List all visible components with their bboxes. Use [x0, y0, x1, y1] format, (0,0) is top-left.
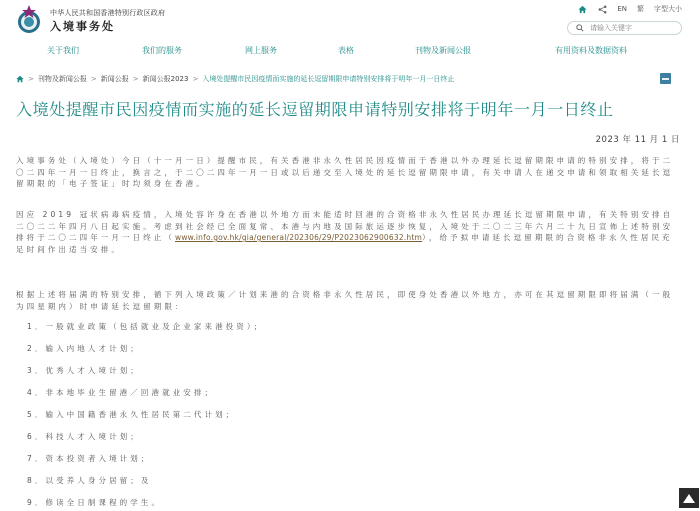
article-paragraph-2: 因应 2019 冠状病毒病疫情，入境处容许身在香港以外地方而未能适时回港的合资格…: [16, 209, 676, 255]
press-release-link[interactable]: www.info.gov.hk/gia/general/202306/29/P2…: [175, 233, 422, 242]
language-traditional-link[interactable]: 繁: [637, 4, 644, 14]
nav-item-publications-press[interactable]: 刊物及新闻公报: [415, 45, 471, 56]
list-item: 8．以受养人身分居留；及: [27, 475, 264, 497]
breadcrumb-separator: >: [91, 75, 97, 83]
publish-date: 2023 年 11 月 1 日: [596, 133, 680, 145]
breadcrumb-current: 入境处提醒市民因疫情而实施的延长逗留期限申请特别安排将于明年一月一日终止: [202, 74, 454, 84]
breadcrumb-separator: >: [28, 75, 34, 83]
nav-item-forms[interactable]: 表格: [338, 45, 354, 56]
main-nav: 关于我们 我们的服务 网上服务 表格 刊物及新闻公报 有用资料及数据资料: [0, 42, 700, 62]
list-item: 9．修读全日制课程的学生。: [27, 497, 264, 511]
breadcrumb-publications-press[interactable]: 刊物及新闻公报: [38, 74, 87, 84]
breadcrumb-separator: >: [192, 75, 198, 83]
breadcrumb-press-releases-2023[interactable]: 新闻公报2023: [143, 74, 189, 84]
nav-item-online-services[interactable]: 网上服务: [245, 45, 277, 56]
list-item: 2．输入内地人才计划；: [27, 343, 264, 365]
search-input[interactable]: [590, 24, 680, 32]
immigration-department-logo-icon[interactable]: [16, 4, 42, 34]
language-en-link[interactable]: EN: [617, 5, 627, 13]
page-title: 入境处提醒市民因疫情而实施的延长逗留期限申请特别安排将于明年一月一日终止: [16, 97, 614, 120]
nav-item-about-us[interactable]: 关于我们: [47, 45, 79, 56]
article-paragraph-1: 入境事务处（入境处）今日（十一月一日）提醒市民，有关香港非永久性居民因疫情而于香…: [16, 155, 676, 190]
list-item: 4．非本地毕业生留港／回港就业安排；: [27, 387, 264, 409]
search-box: [567, 21, 682, 35]
font-size-link[interactable]: 字型大小: [654, 4, 682, 14]
list-item: 3．优秀人才入境计划；: [27, 365, 264, 387]
nav-item-our-services[interactable]: 我们的服务: [142, 45, 182, 56]
home-icon[interactable]: [16, 75, 24, 83]
breadcrumb-press-releases[interactable]: 新闻公报: [101, 74, 129, 84]
site-header: 中华人民共和国香港特别行政区政府 入境事务处 EN 繁 字型大小: [0, 0, 700, 40]
share-icon[interactable]: [597, 4, 607, 14]
breadcrumb: > 刊物及新闻公报 > 新闻公报 > 新闻公报2023 > 入境处提醒市民因疫情…: [16, 74, 454, 84]
top-toolbar: EN 繁 字型大小: [577, 4, 682, 14]
back-to-top-button[interactable]: [679, 488, 699, 508]
list-item: 1．一般就业政策（包括就业及企业家来港投资）；: [27, 321, 264, 343]
article-paragraph-3: 根据上述将届满的特别安排，循下列入境政策／计划来港的合资格非永久性居民，即使身处…: [16, 289, 676, 312]
nav-item-useful-info-statistics[interactable]: 有用资料及数据资料: [555, 45, 627, 56]
list-item: 7．资本投资者入境计划；: [27, 453, 264, 475]
government-name: 中华人民共和国香港特别行政区政府: [50, 8, 165, 18]
search-icon[interactable]: [576, 24, 584, 32]
print-icon[interactable]: [660, 73, 671, 84]
eligible-schemes-list: 1．一般就业政策（包括就业及企业家来港投资）； 2．输入内地人才计划； 3．优秀…: [27, 321, 264, 511]
list-item: 6．科技人才入境计划；: [27, 431, 264, 453]
breadcrumb-separator: >: [133, 75, 139, 83]
list-item: 5．输入中国籍香港永久性居民第二代计划；: [27, 409, 264, 431]
home-icon[interactable]: [577, 4, 587, 14]
department-name[interactable]: 入境事务处: [50, 18, 115, 34]
